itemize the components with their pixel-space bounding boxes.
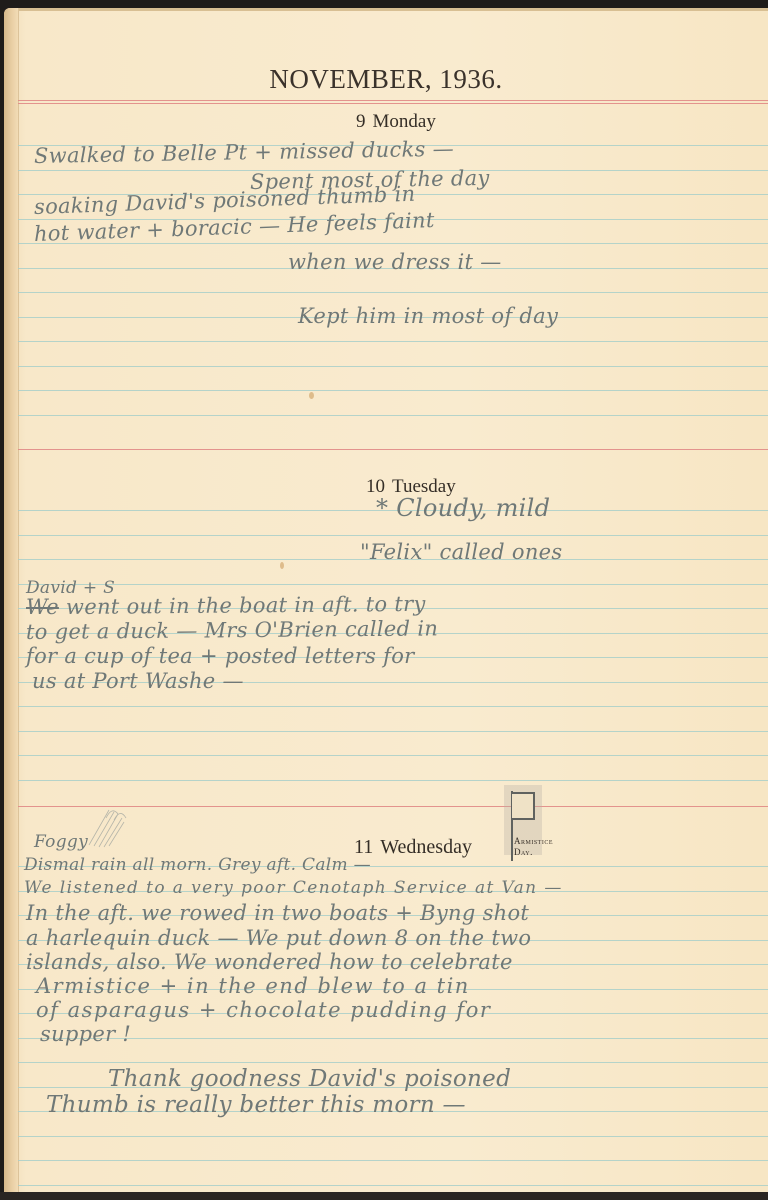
blue-rule	[18, 243, 768, 244]
page-bottom-edge	[0, 1192, 768, 1200]
entry-line: a harlequin duck — We put down 8 on the …	[26, 926, 531, 950]
day-number: 9	[356, 111, 366, 132]
day-heading-11: 11Wednesday	[354, 836, 472, 859]
day-weekday: Wednesday	[380, 836, 472, 858]
red-rule	[18, 103, 768, 104]
blue-rule	[18, 1160, 768, 1161]
entry-line: Armistice + in the end blew to a tin	[36, 974, 470, 998]
entry-line: We listened to a very poor Cenotaph Serv…	[24, 878, 563, 898]
entry-line: islands, also. We wondered how to celebr…	[26, 950, 513, 974]
day-heading-9: 9Monday	[356, 111, 436, 133]
blue-rule	[18, 535, 768, 536]
entry-line: Dismal rain all morn. Grey aft. Calm —	[24, 855, 371, 875]
blue-rule	[18, 706, 768, 707]
entry-line: went out in the boat in aft. to try	[66, 592, 426, 619]
entry-line: to get a duck — Mrs O'Brien called in	[26, 616, 438, 644]
blue-rule	[18, 415, 768, 416]
blue-rule	[18, 1062, 768, 1063]
entry-line: for a cup of tea + posted letters for	[26, 644, 415, 668]
armistice-label-line: Day.	[514, 847, 553, 858]
entry-line: Thumb is really better this morn —	[46, 1092, 466, 1118]
blue-rule	[18, 584, 768, 585]
blue-rule	[18, 1185, 768, 1186]
ink-stain	[309, 392, 314, 399]
entry-line: Thank goodness David's poisoned	[108, 1066, 511, 1092]
month-title: NOVEMBER, 1936.	[4, 64, 768, 95]
red-rule	[18, 449, 768, 450]
armistice-label-line: Armistice	[514, 836, 553, 847]
weather-note: Foggy	[34, 832, 88, 852]
entry-line: of asparagus + chocolate pudding for	[36, 998, 491, 1022]
day-weekday: Monday	[373, 111, 436, 132]
blue-rule	[18, 780, 768, 781]
entry-line: us at Port Washe —	[32, 669, 244, 693]
blue-rule	[18, 366, 768, 367]
visitor-note: "Felix" called ones	[360, 540, 562, 564]
entry-line: Kept him in most of day	[298, 304, 558, 328]
page-top-edge	[4, 8, 768, 11]
blue-rule	[18, 292, 768, 293]
blue-rule	[18, 731, 768, 732]
entry-struck-word: We	[26, 595, 59, 619]
blue-rule	[18, 1136, 768, 1137]
ink-stain	[280, 562, 284, 569]
entry-line: Swalked to Belle Pt + missed ducks —	[34, 137, 454, 168]
page-binding	[4, 8, 19, 1192]
red-rule	[18, 100, 768, 101]
blue-rule	[18, 755, 768, 756]
weather-note: * Cloudy, mild	[376, 494, 550, 522]
entry-line: supper !	[40, 1022, 131, 1046]
blue-rule	[18, 341, 768, 342]
entry-line: when we dress it —	[288, 250, 502, 274]
armistice-day-label: Armistice Day.	[514, 836, 553, 858]
entry-line: In the aft. we rowed in two boats + Byng…	[26, 901, 529, 925]
pencil-scribble	[84, 800, 134, 850]
blue-rule	[18, 390, 768, 391]
diary-page: NOVEMBER, 1936. 9Monday Swalked to Belle…	[4, 8, 768, 1192]
